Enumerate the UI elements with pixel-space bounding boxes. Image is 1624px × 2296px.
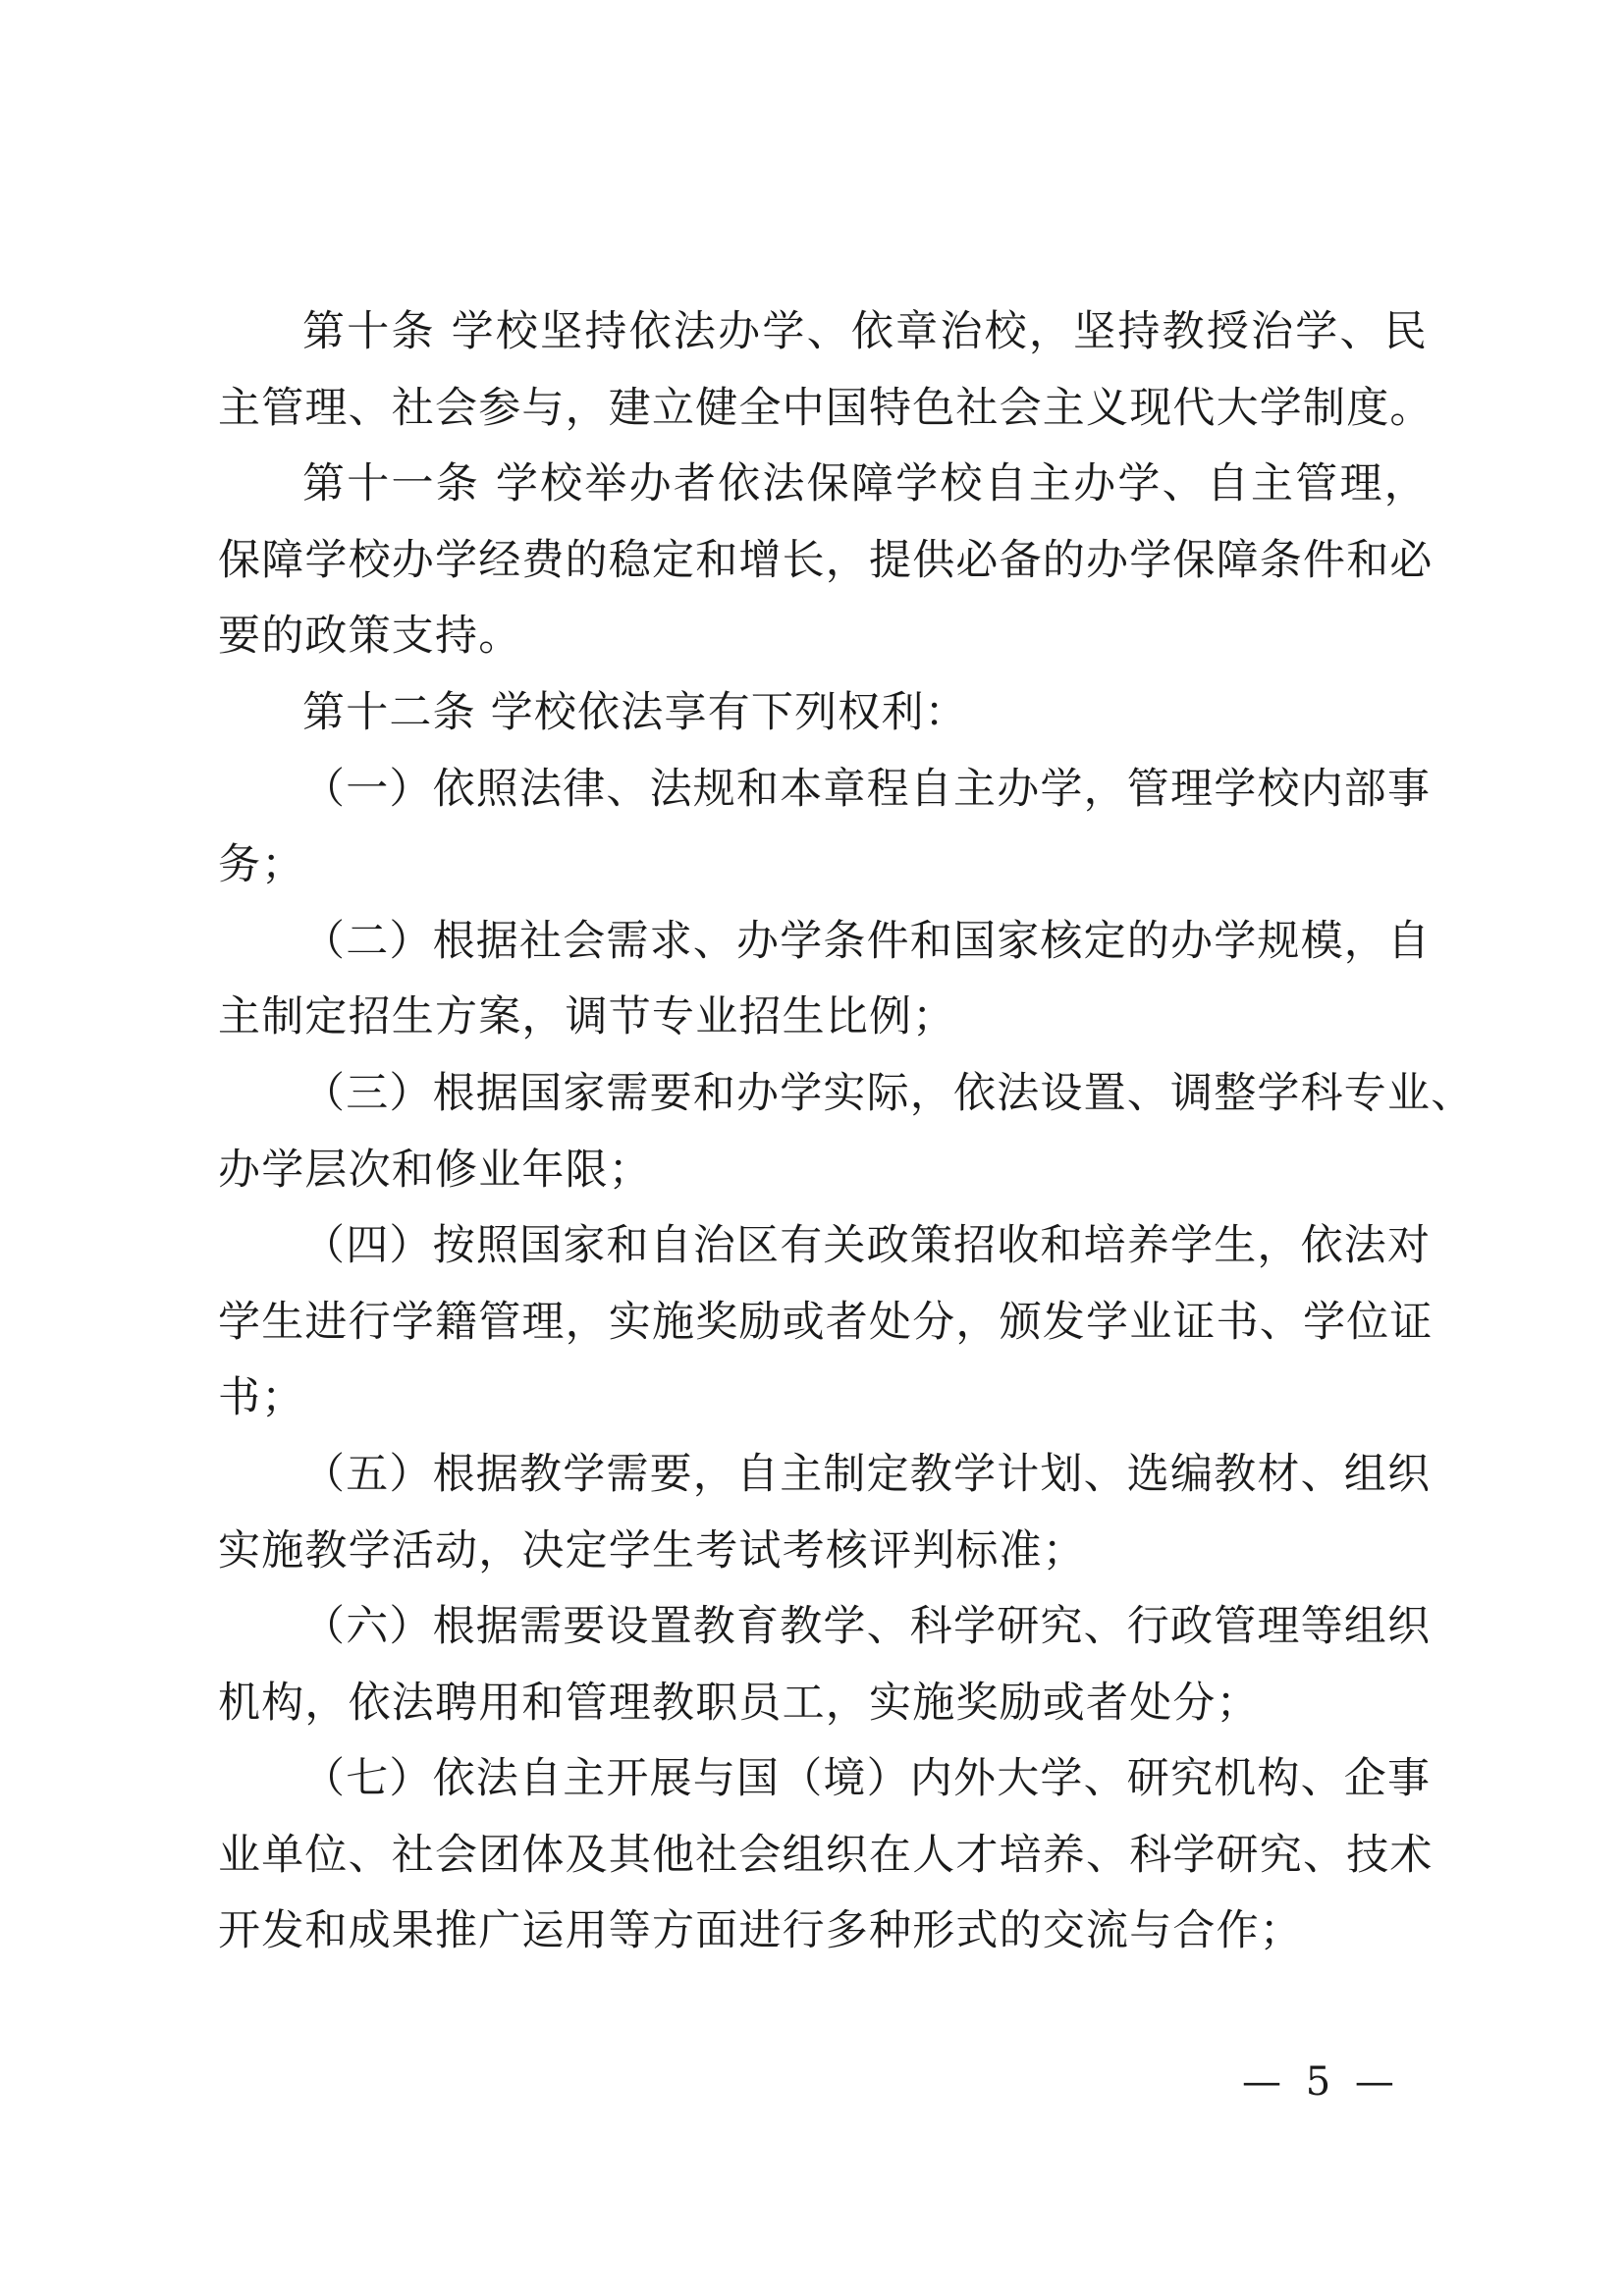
paragraph-line: （三）根据国家需要和办学实际，依法设置、调整学科专业、 (218, 1068, 1428, 1145)
paragraph-line: 业单位、社会团体及其他社会组织在人才培养、科学研究、技术 (218, 1830, 1428, 1906)
paragraph-line: 第十二条 学校依法享有下列权利： (218, 687, 1428, 764)
paragraph-line: （五）根据教学需要，自主制定教学计划、选编教材、组织 (218, 1449, 1428, 1525)
paragraph-line: 开发和成果推广运用等方面进行多种形式的交流与合作； (218, 1905, 1428, 1982)
paragraph-line: （二）根据社会需求、办学条件和国家核定的办学规模，自 (218, 916, 1428, 992)
paragraph-line: 办学层次和修业年限； (218, 1145, 1428, 1221)
paragraph-line: （四）按照国家和自治区有关政策招收和培养学生，依法对 (218, 1220, 1428, 1297)
paragraph-line: （一）依照法律、法规和本章程自主办学，管理学校内部事 (218, 764, 1428, 840)
document-page: 第十条 学校坚持依法办学、依章治校，坚持教授治学、民 主管理、社会参与，建立健全… (0, 0, 1624, 2296)
paragraph-line: 实施教学活动，决定学生考试考核评判标准； (218, 1525, 1428, 1602)
paragraph-line: 主制定招生方案，调节专业招生比例； (218, 991, 1428, 1068)
paragraph-line: （七）依法自主开展与国（境）内外大学、研究机构、企事 (218, 1753, 1428, 1830)
paragraph-line: （六）根据需要设置教育教学、科学研究、行政管理等组织 (218, 1601, 1428, 1678)
paragraph-line: 学生进行学籍管理，实施奖励或者处分，颁发学业证书、学位证 (218, 1297, 1428, 1373)
paragraph-line: 主管理、社会参与，建立健全中国特色社会主义现代大学制度。 (218, 383, 1428, 459)
paragraph-line: 机构，依法聘用和管理教职员工，实施奖励或者处分； (218, 1678, 1428, 1754)
body-text: 第十条 学校坚持依法办学、依章治校，坚持教授治学、民 主管理、社会参与，建立健全… (218, 306, 1428, 1982)
paragraph-line: 要的政策支持。 (218, 611, 1428, 687)
paragraph-line: 保障学校办学经费的稳定和增长，提供必备的办学保障条件和必 (218, 535, 1428, 612)
paragraph-line: 务； (218, 839, 1428, 916)
paragraph-line: 书； (218, 1372, 1428, 1449)
paragraph-line: 第十条 学校坚持依法办学、依章治校，坚持教授治学、民 (218, 306, 1428, 383)
paragraph-line: 第十一条 学校举办者依法保障学校自主办学、自主管理， (218, 458, 1428, 535)
page-number: — 5 — (1242, 2059, 1400, 2105)
